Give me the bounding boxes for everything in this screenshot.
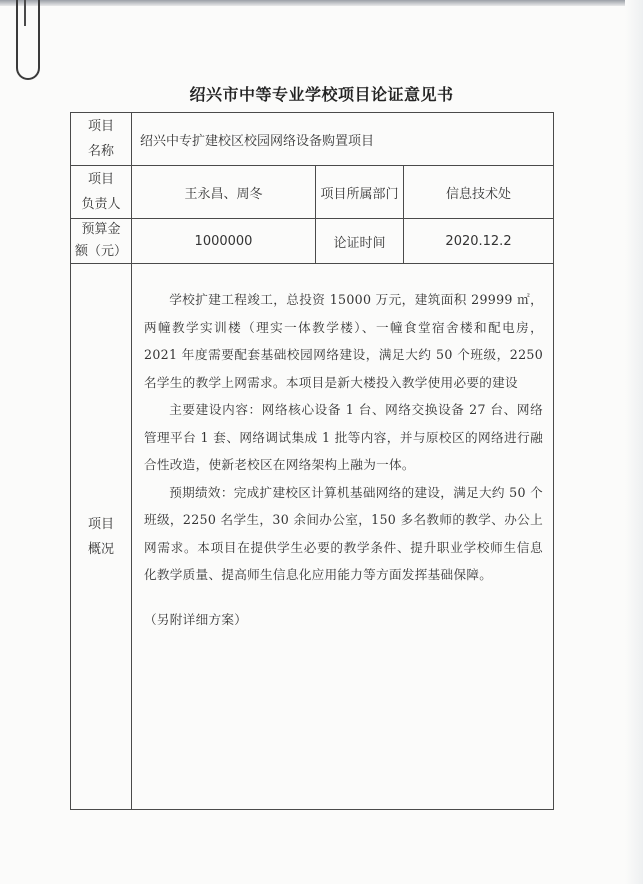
review-date-value: 2020.12.2: [404, 219, 554, 264]
row-budget: 预算金 额（元） 1000000 论证时间 2020.12.2: [71, 219, 554, 264]
scan-right-edge: [625, 0, 643, 884]
paperclip-inner-wire: [24, 0, 38, 26]
project-leader-label: 项目 负责人: [71, 166, 132, 219]
label-line: 预算金: [71, 219, 131, 241]
label-line: 项目: [71, 167, 131, 192]
overview-content: 学校扩建工程竣工，总投资 15000 万元，建筑面积 29999 ㎡，两幢教学实…: [132, 264, 554, 810]
budget-value: 1000000: [132, 219, 316, 264]
review-date-label: 论证时间: [316, 219, 404, 264]
attachment-note: （另附详细方案）: [144, 609, 543, 628]
project-leader-value: 王永昌、周冬: [132, 166, 316, 219]
project-name-label: 项目 名称: [71, 113, 132, 166]
label-line: 项目: [71, 512, 131, 537]
row-project-leader: 项目 负责人 王永昌、周冬 项目所属部门 信息技术处: [71, 166, 554, 219]
review-form-table: 项目 名称 绍兴中专扩建校区校园网络设备购置项目 项目 负责人 王永昌、周冬 项…: [70, 112, 554, 810]
overview-paragraph-performance: 预期绩效：完成扩建校区计算机基础网络的建设，满足大约 50 个班级，2250 名…: [144, 479, 543, 589]
department-label: 项目所属部门: [316, 166, 404, 219]
scan-top-edge: [0, 0, 643, 6]
project-name-value: 绍兴中专扩建校区校园网络设备购置项目: [132, 113, 554, 166]
row-project-name: 项目 名称 绍兴中专扩建校区校园网络设备购置项目: [71, 113, 554, 166]
label-line: 名称: [71, 139, 131, 164]
label-line: 概况: [71, 537, 131, 562]
row-overview: 项目 概况 学校扩建工程竣工，总投资 15000 万元，建筑面积 29999 ㎡…: [71, 264, 554, 810]
overview-paragraph-background: 学校扩建工程竣工，总投资 15000 万元，建筑面积 29999 ㎡，两幢教学实…: [144, 286, 543, 396]
document-title: 绍兴市中等专业学校项目论证意见书: [0, 82, 643, 105]
overview-paragraph-scope: 主要建设内容：网络核心设备 1 台、网络交换设备 27 台、网络管理平台 1 套…: [144, 396, 543, 479]
overview-label: 项目 概况: [71, 264, 132, 810]
label-line: 额（元）: [71, 241, 131, 263]
label-line: 负责人: [71, 192, 131, 217]
department-value: 信息技术处: [404, 166, 554, 219]
label-line: 项目: [71, 114, 131, 139]
budget-label: 预算金 额（元）: [71, 219, 132, 264]
